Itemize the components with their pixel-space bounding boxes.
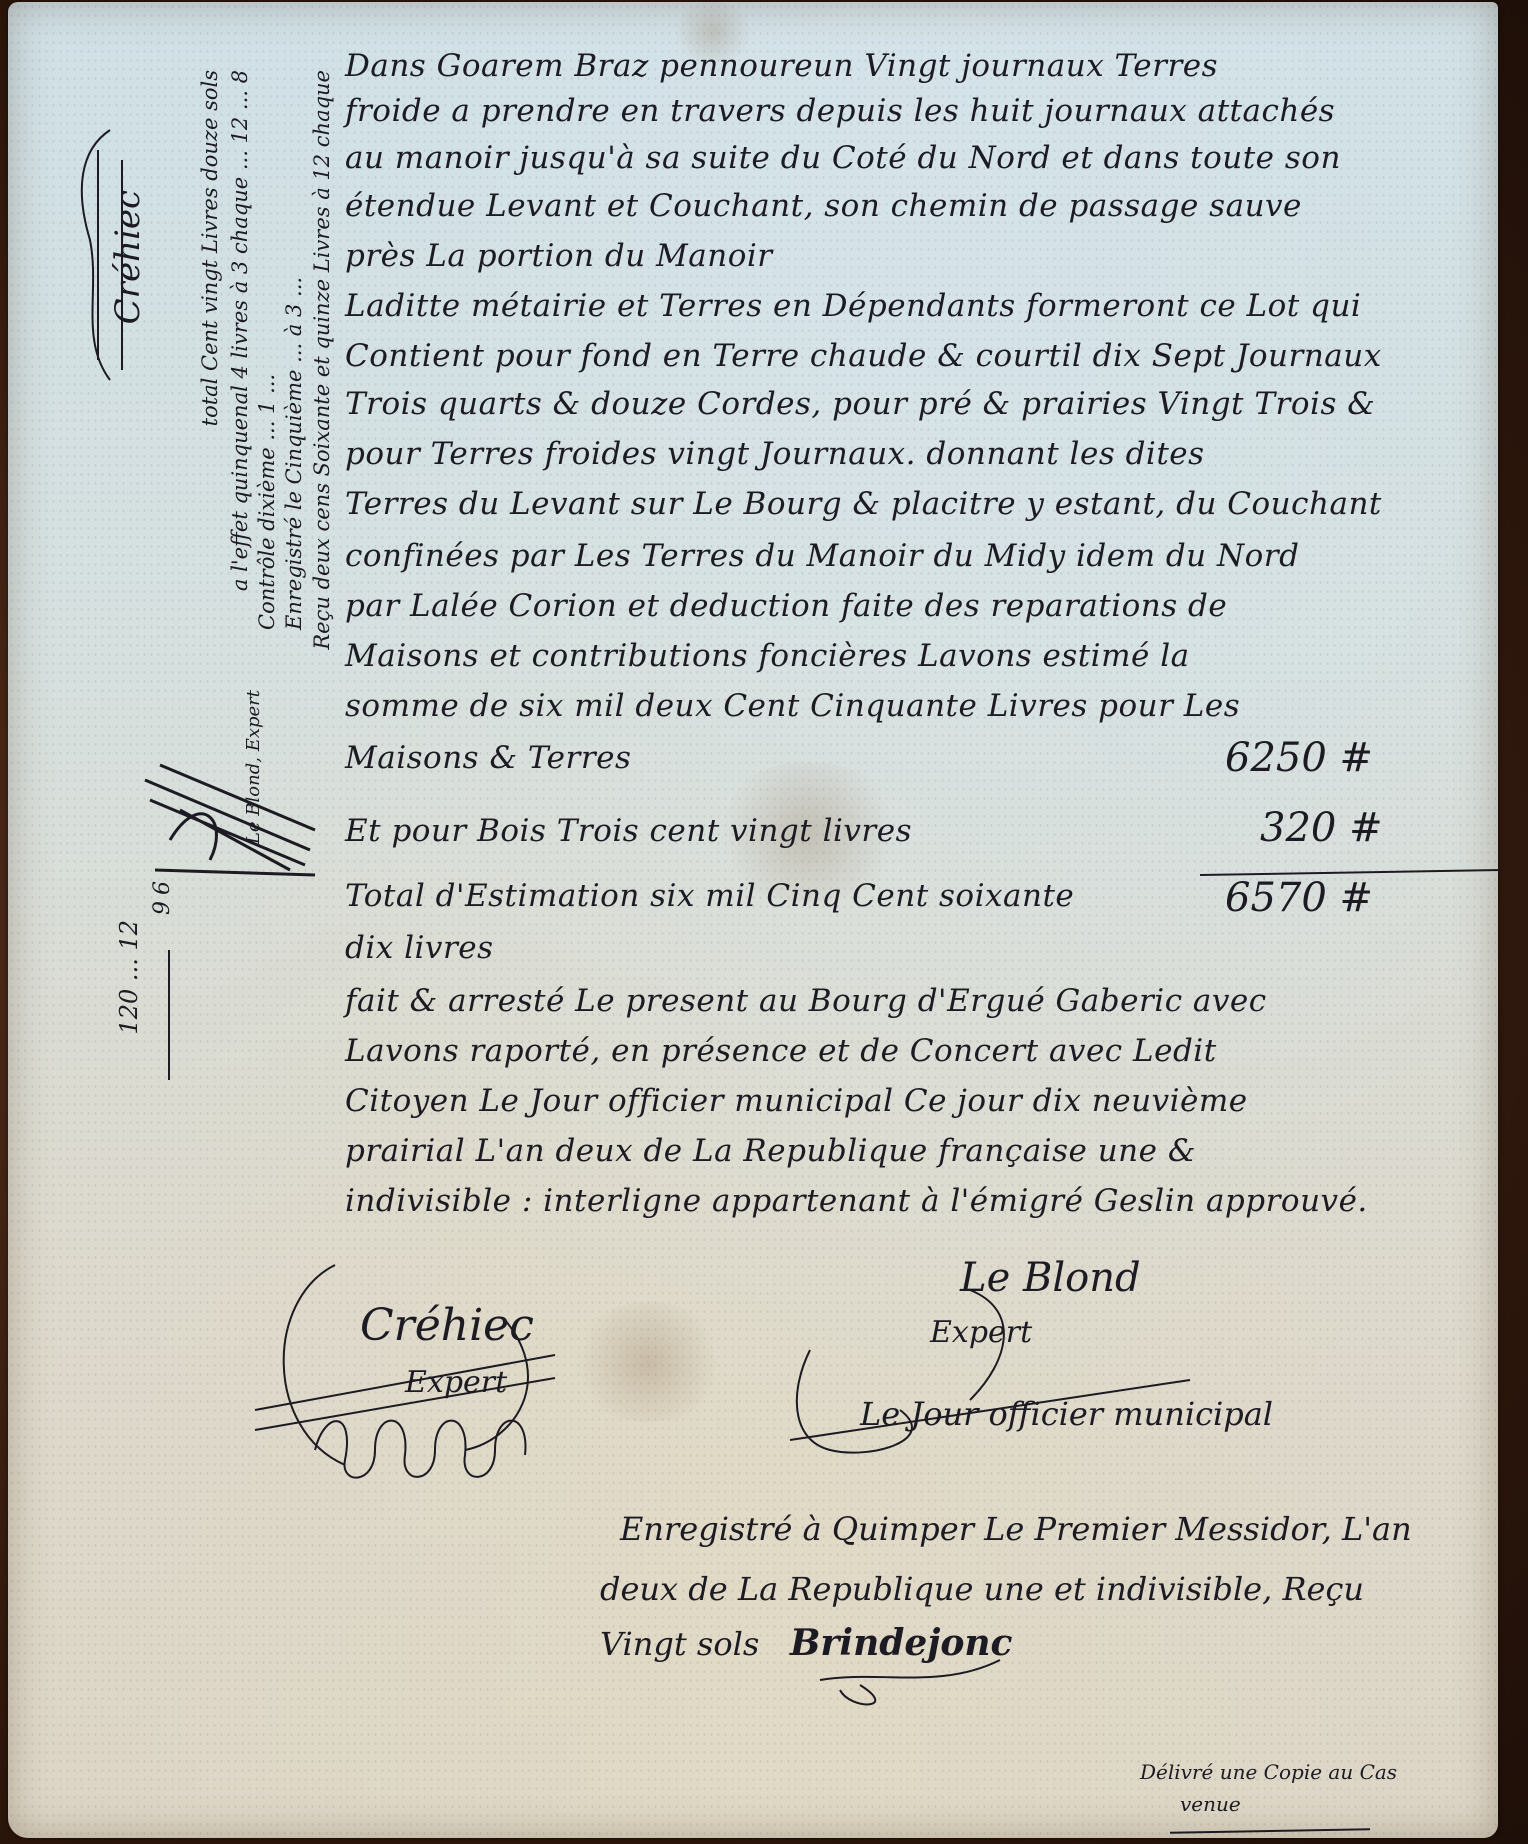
margin-rule	[168, 950, 170, 1080]
margin-column-2: Enregistré le Cinquième ... à 3 ...	[282, 70, 306, 630]
signature-flourish-expert-2	[790, 1290, 1210, 1470]
body-line: Terres du Levant sur Le Bourg & placitre…	[345, 486, 1382, 522]
body-line: Total d'Estimation six mil Cinq Cent soi…	[345, 878, 1074, 914]
body-line: étendue Levant et Couchant, son chemin d…	[345, 188, 1302, 224]
margin-signature-flourish	[70, 130, 150, 390]
body-line: Laditte métairie et Terres en Dépendants…	[345, 288, 1361, 324]
margin-column-3: Contrôle dixième ... 1 ...	[255, 70, 279, 630]
body-line: Et pour Bois Trois cent vingt livres	[345, 813, 912, 849]
body-line: Lavons raporté, en présence et de Concer…	[345, 1033, 1217, 1069]
body-line: Maisons et contributions foncières Lavon…	[345, 638, 1190, 674]
registration-line: Vingt sols	[600, 1625, 759, 1663]
body-line: indivisible : interligne appartenant à l…	[345, 1183, 1368, 1219]
crossed-out-mark	[140, 760, 320, 880]
margin-column-4: a l'effet quinquenal 4 livres à 3 chaque…	[228, 70, 252, 591]
amount-total: 6570 #	[1225, 875, 1373, 921]
body-line: Contient pour fond en Terre chaude & cou…	[345, 338, 1382, 374]
body-line: fait & arresté Le present au Bourg d'Erg…	[345, 983, 1267, 1019]
signature-expert-1: Créhiec	[360, 1300, 534, 1351]
body-line: dix livres	[345, 930, 494, 966]
registration-line: deux de La Republique une et indivisible…	[600, 1570, 1364, 1608]
body-line: Dans Goarem Braz pennoureun Vingt journa…	[345, 48, 1218, 84]
margin-column-5: total Cent vingt Livres douze sols	[198, 70, 222, 426]
margin-column-1: Reçu deux cens Soixante et quinze Livres…	[310, 70, 334, 650]
registration-flourish	[820, 1660, 1020, 1710]
body-line: Trois quarts & douze Cordes, pour pré & …	[345, 386, 1375, 422]
footer-note-line: venue	[1180, 1792, 1241, 1816]
amount-maisons-terres: 6250 #	[1225, 735, 1373, 781]
margin-tally: 96	[150, 875, 175, 915]
tally-value: 96	[150, 875, 175, 915]
body-line: près La portion du Manoir	[345, 238, 773, 274]
footer-note-line: Délivré une Copie au Cas	[1140, 1760, 1397, 1784]
total-rule	[1200, 870, 1500, 880]
body-line: somme de six mil deux Cent Cinquante Liv…	[345, 688, 1240, 724]
amount-bois: 320 #	[1260, 805, 1383, 851]
margin-total: 120 ... 12	[115, 920, 143, 1035]
signature-officer: Le Jour officier municipal	[860, 1395, 1273, 1433]
body-line: froide a prendre en travers depuis les h…	[345, 93, 1335, 129]
body-line: Maisons & Terres	[345, 740, 631, 776]
body-line: Citoyen Le Jour officier municipal Ce jo…	[345, 1083, 1248, 1119]
body-line: par Lalée Corion et deduction faite des …	[345, 588, 1227, 624]
body-line: prairial L'an deux de La Republique fran…	[345, 1133, 1196, 1169]
body-line: au manoir jusqu'à sa suite du Coté du No…	[345, 140, 1341, 176]
body-line: pour Terres froides vingt Journaux. donn…	[345, 436, 1205, 472]
title-expert-1: Expert	[405, 1365, 507, 1400]
registration-line: Enregistré à Quimper Le Premier Messidor…	[620, 1510, 1412, 1548]
registration-signature: Brindejonc	[790, 1622, 1012, 1664]
body-line: confinées par Les Terres du Manoir du Mi…	[345, 538, 1299, 574]
